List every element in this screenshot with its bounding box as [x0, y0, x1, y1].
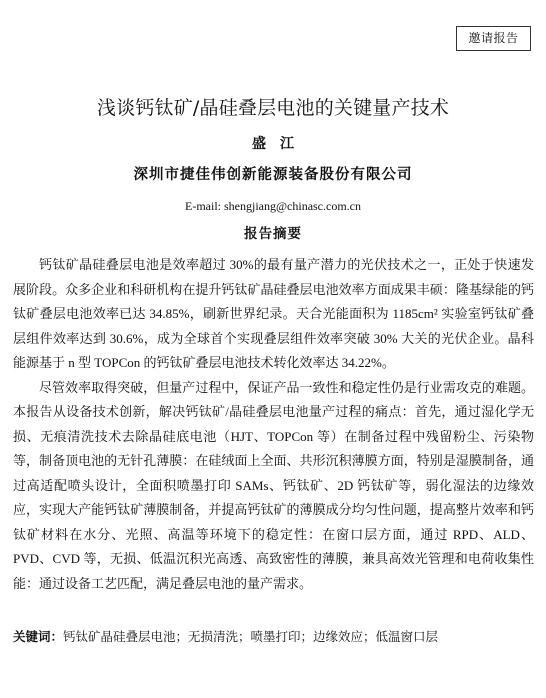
author-email: E-mail: shengjiang@chinasc.com.cn: [0, 198, 546, 214]
author-name: 盛江: [0, 134, 546, 154]
keywords-line: 关键词：钙钛矿晶硅叠层电池；无损清洗；喷墨打印；边缘效应；低温窗口层: [13, 627, 534, 647]
author-affiliation: 深圳市捷佳伟创新能源装备股份有限公司: [0, 164, 546, 186]
abstract-paragraph: 尽管效率取得突破，但量产过程中，保证产品一致性和稳定性仍是行业需攻克的难题。本报…: [13, 376, 534, 597]
keywords-text: 钙钛矿晶硅叠层电池；无损清洗；喷墨打印；边缘效应；低温窗口层: [63, 630, 438, 644]
abstract-paragraph: 钙钛矿晶硅叠层电池是效率超过 30%的最有量产潜力的光伏技术之一，正处于快速发展…: [13, 253, 534, 376]
keywords-label: 关键词：: [13, 629, 63, 644]
abstract-body: 钙钛矿晶硅叠层电池是效率超过 30%的最有量产潜力的光伏技术之一，正处于快速发展…: [13, 253, 534, 596]
abstract-heading: 报告摘要: [0, 224, 546, 244]
invited-report-tag: 邀请报告: [456, 26, 531, 51]
paper-title: 浅谈钙钛矿/晶硅叠层电池的关键量产技术: [0, 95, 546, 121]
